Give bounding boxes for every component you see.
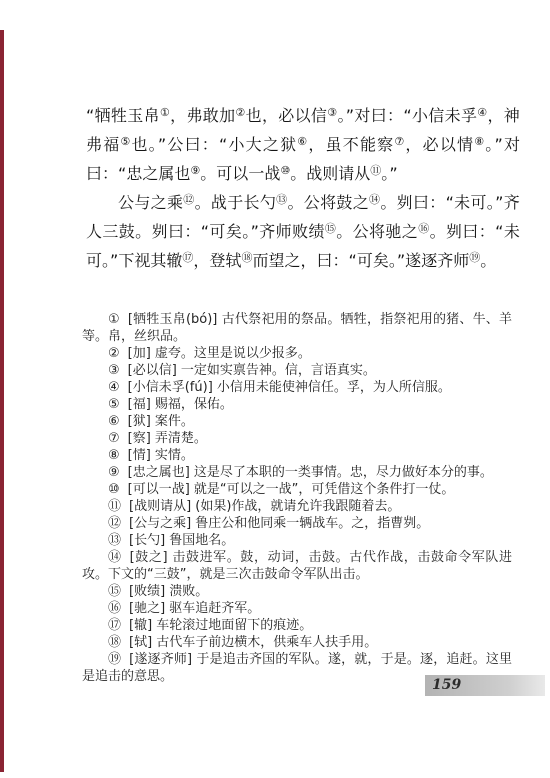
- footnote-item: ⑨[忠之属也] 这是尽了本职的一类事情。忠，尽力做好本分的事。: [82, 464, 512, 481]
- footnote-item: ⑩[可以一战] 就是“可以之一战”，可凭借这个条件打一仗。: [82, 481, 512, 498]
- footnote-text: [战则请从] (如果)作战，就请允许我跟随着去。: [129, 499, 400, 514]
- footnote-item: ④[小信未孚(fú)] 小信用未能使神信任。孚，为人所信服。: [82, 379, 512, 396]
- footnote-item: ⑧[情] 实情。: [82, 447, 512, 464]
- footnote-item: ③[必以信] 一定如实禀告神。信，言语真实。: [82, 362, 512, 379]
- footnote-text: [狱] 案件。: [128, 414, 194, 429]
- footnote-ref: ⑤: [120, 135, 131, 148]
- footnote-item: ⑭[鼓之] 击鼓进军。鼓，动词，击鼓。古代作战，击鼓命令军队进攻。下文的“三鼓”…: [82, 549, 512, 583]
- footnote-text: [可以一战] 就是“可以之一战”，可凭借这个条件打一仗。: [128, 482, 455, 497]
- footnote-number: ⑱: [108, 635, 121, 650]
- footnote-ref: ⑥: [297, 135, 308, 148]
- footnote-item: ⑯[驰之] 驱车追赶齐军。: [82, 600, 512, 617]
- footnote-text: [轼] 古代车子前边横木，供乘车人扶手用。: [129, 635, 377, 650]
- footnote-ref: ⑲: [469, 251, 480, 264]
- footnote-number: ⑫: [108, 516, 121, 531]
- footnote-ref: ⑱: [241, 251, 252, 264]
- footnote-number: ⑧: [108, 448, 120, 463]
- footnote-number: ⑭: [108, 550, 122, 565]
- footnote-ref: ④: [477, 106, 487, 119]
- footnote-text: [必以信] 一定如实禀告神。信，言语真实。: [128, 363, 376, 378]
- footnote-number: ⑩: [108, 482, 120, 497]
- footnote-number: ⑮: [108, 584, 121, 599]
- footnote-number: ⑥: [108, 414, 120, 429]
- footnote-number: ⑨: [108, 465, 120, 480]
- footnote-ref: ⑮: [325, 222, 336, 235]
- footnote-text: [加] 虚夸。这里是说以少报多。: [128, 346, 311, 361]
- footnote-number: ②: [108, 346, 120, 361]
- footnote-ref: ⑯: [418, 222, 429, 235]
- left-accent-bar: [0, 30, 4, 772]
- footnote-text: [福] 赐福，保佑。: [128, 397, 233, 412]
- textbook-page: “牺牲玉帛①，弗敢加②也，必以信③。”对曰：“小信未孚④，神弗福⑤也。”公曰：“…: [0, 0, 550, 778]
- footnote-ref: ⑨: [190, 164, 200, 177]
- footnote-ref: ⑧: [474, 135, 485, 148]
- footnote-number: ③: [108, 363, 120, 378]
- footnote-text: [败绩] 溃败。: [129, 584, 208, 599]
- page-number-bar: 159: [425, 675, 545, 696]
- footnote-item: ⑬[长勺] 鲁国地名。: [82, 532, 512, 549]
- footnote-ref: ⑰: [182, 251, 193, 264]
- footnote-text: [公与之乘] 鲁庄公和他同乘一辆战车。之，指曹刿。: [129, 516, 429, 531]
- footnote-text: [辙] 车轮滚过地面留下的痕迹。: [129, 618, 312, 633]
- footnote-number: ⑰: [108, 618, 121, 633]
- footnote-text: [鼓之] 击鼓进军。鼓，动词，击鼓。古代作战，击鼓命令军队进攻。下文的“三鼓”，…: [82, 550, 512, 582]
- footnote-ref: ⑦: [394, 135, 405, 148]
- footnote-text: [驰之] 驱车追赶齐军。: [129, 601, 260, 616]
- footnote-number: ⑪: [108, 499, 121, 514]
- page-number: 159: [425, 675, 545, 693]
- footnote-number: ⑲: [108, 652, 121, 667]
- footnote-text: [情] 实情。: [128, 448, 194, 463]
- paragraph: 公与之乘⑫。战于长勺⑬。公将鼓之⑭。刿曰：“未可。”齐人三鼓。刿曰：“可矣。”齐…: [86, 188, 520, 275]
- footnote-ref: ②: [235, 106, 245, 119]
- footnote-item: ⑦[察] 弄清楚。: [82, 430, 512, 447]
- main-text: “牺牲玉帛①，弗敢加②也，必以信③。”对曰：“小信未孚④，神弗福⑤也。”公曰：“…: [86, 101, 520, 275]
- footnote-ref: ⑭: [369, 193, 380, 206]
- footnote-item: ⑮[败绩] 溃败。: [82, 583, 512, 600]
- footnote-number: ⑬: [108, 533, 121, 548]
- footnote-item: ⑰[辙] 车轮滚过地面留下的痕迹。: [82, 617, 512, 634]
- footnote-text: [长勺] 鲁国地名。: [129, 533, 234, 548]
- footnote-ref: ⑩: [280, 164, 290, 177]
- footnote-ref: ⑫: [183, 193, 194, 206]
- footnote-item: ②[加] 虚夸。这里是说以少报多。: [82, 345, 512, 362]
- footnote-ref: ⑬: [276, 193, 287, 206]
- footnote-number: ⑤: [108, 397, 120, 412]
- footnotes: ①[牺牲玉帛(bó)] 古代祭祀用的祭品。牺牲，指祭祀用的猪、牛、羊等。帛，丝织…: [82, 311, 512, 685]
- footnote-text: [牺牲玉帛(bó)] 古代祭祀用的祭品。牺牲，指祭祀用的猪、牛、羊等。帛，丝织品…: [82, 312, 512, 344]
- footnote-item: ⑫[公与之乘] 鲁庄公和他同乘一辆战车。之，指曹刿。: [82, 515, 512, 532]
- footnote-ref: ③: [327, 106, 337, 119]
- footnote-ref: ①: [160, 106, 170, 119]
- footnote-item: ①[牺牲玉帛(bó)] 古代祭祀用的祭品。牺牲，指祭祀用的猪、牛、羊等。帛，丝织…: [82, 311, 512, 345]
- footnote-item: ⑱[轼] 古代车子前边横木，供乘车人扶手用。: [82, 634, 512, 651]
- footnote-text: [察] 弄清楚。: [128, 431, 207, 446]
- footnote-number: ④: [108, 380, 120, 395]
- footnote-item: ⑤[福] 赐福，保佑。: [82, 396, 512, 413]
- footnote-number: ⑦: [108, 431, 120, 446]
- footnote-number: ①: [108, 312, 120, 327]
- footnote-text: [忠之属也] 这是尽了本职的一类事情。忠，尽力做好本分的事。: [128, 465, 493, 480]
- paragraph: “牺牲玉帛①，弗敢加②也，必以信③。”对曰：“小信未孚④，神弗福⑤也。”公曰：“…: [86, 101, 520, 188]
- footnote-ref: ⑪: [370, 164, 381, 177]
- footnote-number: ⑯: [108, 601, 121, 616]
- footnote-text: [小信未孚(fú)] 小信用未能使神信任。孚，为人所信服。: [128, 380, 451, 395]
- footnote-item: ⑪[战则请从] (如果)作战，就请允许我跟随着去。: [82, 498, 512, 515]
- footnote-item: ⑥[狱] 案件。: [82, 413, 512, 430]
